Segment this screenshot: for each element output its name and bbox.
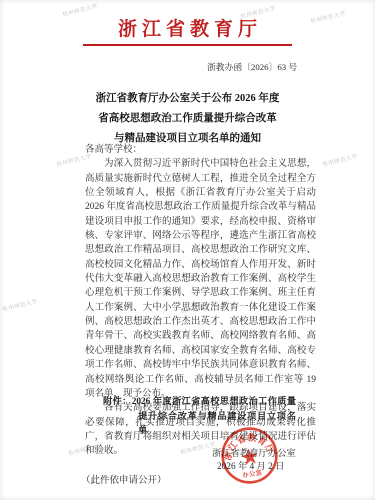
doc-title-line-1: 浙江省教育厅办公室关于公布 2026 年度 xyxy=(0,89,375,109)
header-divider xyxy=(83,44,292,46)
doc-title: 浙江省教育厅办公室关于公布 2026 年度 省高校思想政治工作质量提升综合改革 … xyxy=(0,89,375,149)
doc-title-line-2: 省高校思想政治工作质量提升综合改革 xyxy=(0,109,375,129)
seal-graphic: 浙江省教育厅 办公室 xyxy=(216,422,284,490)
watermark: 杭州师范大学 xyxy=(2,297,39,313)
greeting: 各高等学校： xyxy=(85,143,316,157)
agency-header: 浙江省教育厅 xyxy=(0,14,375,41)
disclosure-note: （此件依申请公开） xyxy=(81,472,167,486)
body-paragraph-1: 为深入贯彻习近平新时代中国特色社会主义思想，高质量实施新时代立德树人工程，推进全… xyxy=(85,157,316,401)
attachment-label: 附件： xyxy=(103,397,132,407)
seal-star-icon xyxy=(240,447,259,465)
seal-bottom-text: 办公室 xyxy=(242,468,264,479)
document-page: 杭州师范大学 杭州师范大学 杭州师范大学 杭州师范大学 杭州师范大学 杭州师范大… xyxy=(0,0,375,500)
doc-number: 浙教办函〔2026〕63 号 xyxy=(207,60,297,73)
official-seal: 浙江省教育厅 办公室 xyxy=(216,422,284,490)
watermark: 杭州师范大学 xyxy=(322,152,359,168)
